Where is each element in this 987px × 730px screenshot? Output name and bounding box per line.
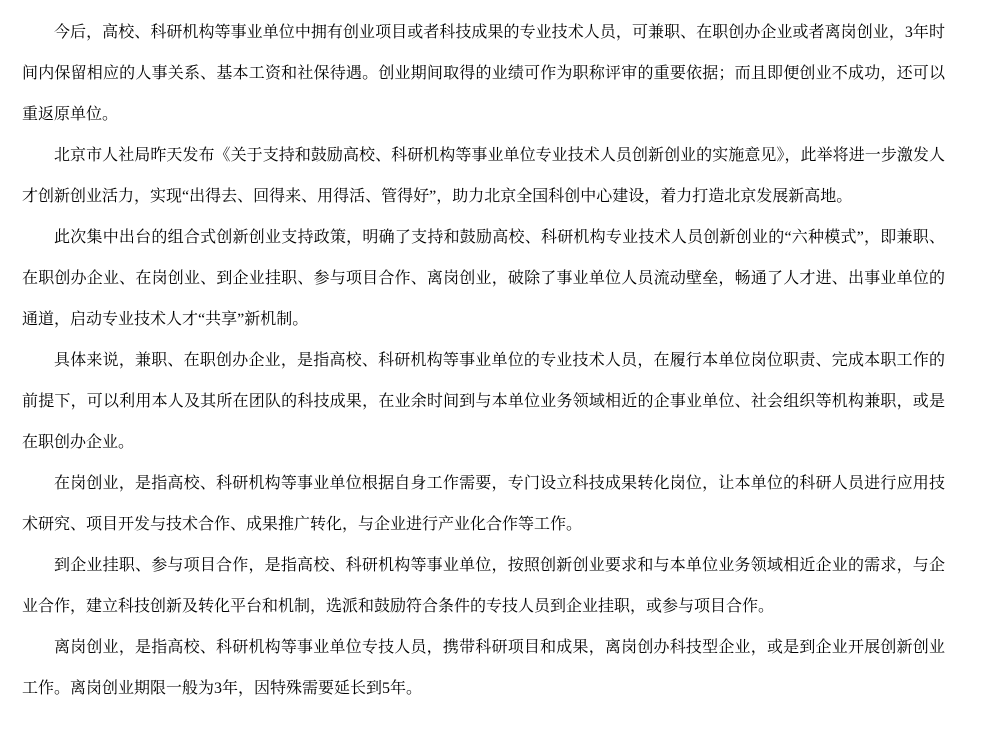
paragraph-7: 离岗创业，是指高校、科研机构等事业单位专技人员，携带科研项目和成果，离岗创办科技… [22,627,945,709]
paragraph-3: 此次集中出台的组合式创新创业支持政策，明确了支持和鼓励高校、科研机构专业技术人员… [22,217,945,340]
paragraph-6: 到企业挂职、参与项目合作，是指高校、科研机构等事业单位，按照创新创业要求和与本单… [22,545,945,627]
paragraph-5: 在岗创业，是指高校、科研机构等事业单位根据自身工作需要，专门设立科技成果转化岗位… [22,463,945,545]
paragraph-1: 今后，高校、科研机构等事业单位中拥有创业项目或者科技成果的专业技术人员，可兼职、… [22,12,945,135]
article-body: 今后，高校、科研机构等事业单位中拥有创业项目或者科技成果的专业技术人员，可兼职、… [22,0,945,709]
paragraph-2: 北京市人社局昨天发布《关于支持和鼓励高校、科研机构等事业单位专业技术人员创新创业… [22,135,945,217]
paragraph-4: 具体来说，兼职、在职创办企业，是指高校、科研机构等事业单位的专业技术人员，在履行… [22,340,945,463]
